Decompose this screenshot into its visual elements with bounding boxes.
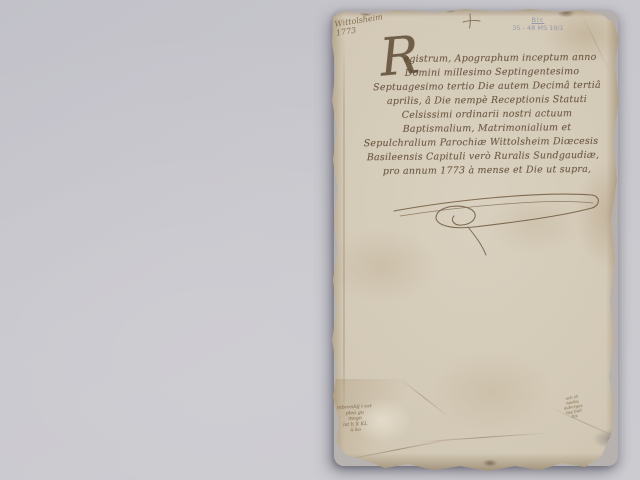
manuscript-line: pro annum 1773 à mense et Die ut supra, (360, 163, 614, 180)
pen-flourish (388, 185, 603, 260)
pencil-note-line2: 35 - 48 MS 19/1 (512, 24, 563, 32)
scribble-fragment: ù ko (350, 427, 361, 433)
manuscript-text-block: egistrum, Apographum inceptum anno Domin… (360, 52, 614, 178)
paper-fold-line (343, 35, 345, 435)
photograph-background: Wittolsheim 1773 Blc 35 - 48 MS 19/1 R e… (0, 0, 640, 480)
note-location: Wittolsheim (334, 12, 383, 28)
pencil-catalogue-note: Blc 35 - 48 MS 19/1 (498, 16, 578, 32)
manuscript-page: Wittolsheim 1773 Blc 35 - 48 MS 19/1 R e… (330, 5, 622, 471)
note-year: 1773 (335, 26, 357, 38)
pencil-note-line1: Blc (532, 16, 545, 24)
cross-mark-icon (460, 12, 482, 30)
